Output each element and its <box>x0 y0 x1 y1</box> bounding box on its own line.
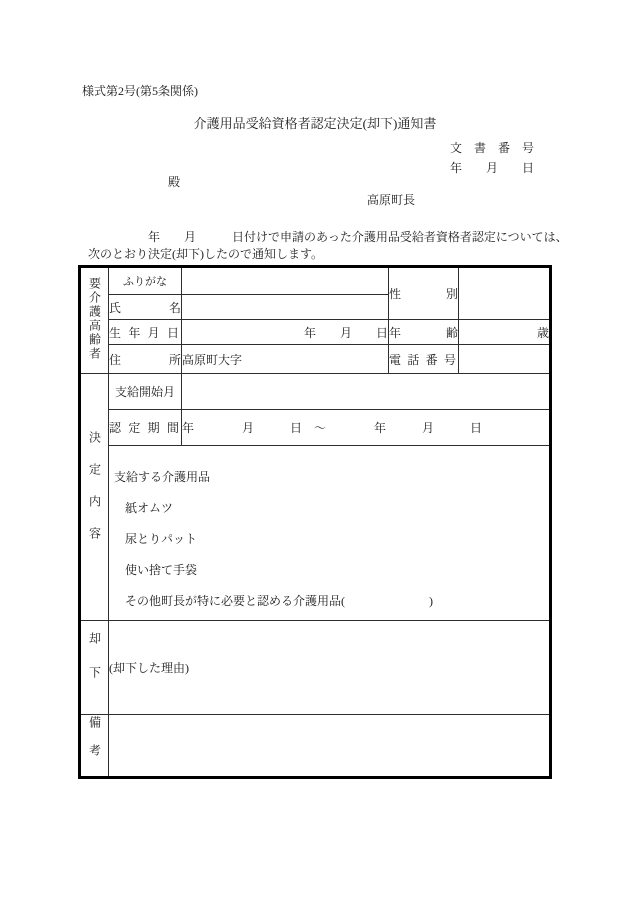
group-label-decision: 決定内容 <box>80 374 109 621</box>
age-label: 年齢 <box>389 320 459 345</box>
body-line-2: 次のとおり決定(却下)したので通知します。 <box>88 247 323 261</box>
group-label-remarks: 備考 <box>80 715 109 778</box>
start-month-value-cell <box>182 374 551 410</box>
document-page: 様式第2号(第5条関係) 介護用品受給資格者認定決定(却下)通知書 文 書 番 … <box>0 0 630 903</box>
supply-item-other: その他町長が特に必要と認める介護用品( ) <box>114 593 541 609</box>
address-value-cell: 高原町大字 <box>182 345 389 374</box>
sender-name: 高原町長 <box>367 193 415 207</box>
group-label-care-elder: 要介護高齢者 <box>80 267 109 374</box>
sex-label: 性別 <box>389 267 459 320</box>
date-blank: 年 月 日 <box>450 161 534 175</box>
body-line-1: 年 月 日付けで申請のあった介護用品受給者資格者認定については、 <box>148 230 568 244</box>
start-month-label: 支給開始月 <box>109 374 182 410</box>
supply-item-paper-diaper: 紙オムツ <box>114 500 541 516</box>
name-value-cell <box>182 295 389 320</box>
phone-value-cell <box>459 345 551 374</box>
furigana-value-cell <box>182 267 389 295</box>
birth-value-cell: 年 月 日 <box>182 320 389 345</box>
remarks-value-cell <box>109 715 551 778</box>
period-label: 認定期間 <box>109 410 182 446</box>
doc-number-label: 文 書 番 号 <box>450 141 534 155</box>
address-label: 住所 <box>109 345 182 374</box>
age-value-cell: 歳 <box>459 320 551 345</box>
birth-label: 生年月日 <box>109 320 182 345</box>
form-table: 要介護高齢者 ふりがな 性別 氏名 生年月日 年 月 日 年齢 歳 住所 高原町… <box>78 265 552 779</box>
addressee-suffix: 殿 <box>168 175 180 189</box>
supplies-cell: 支給する介護用品 紙オムツ 尿とりパット 使い捨て手袋 その他町長が特に必要と認… <box>109 446 551 621</box>
supply-item-urine-pad: 尿とりパット <box>114 531 541 547</box>
period-value-cell: 年 月 日 ～ 年 月 日 <box>182 410 551 446</box>
name-label: 氏名 <box>109 295 182 320</box>
supply-item-disposable-gloves: 使い捨て手袋 <box>114 562 541 578</box>
form-number: 様式第2号(第5条関係) <box>82 84 198 98</box>
phone-label: 電話番号 <box>389 345 459 374</box>
furigana-label: ふりがな <box>109 267 182 295</box>
sex-value-cell <box>459 267 551 320</box>
page-title: 介護用品受給資格者認定決定(却下)通知書 <box>0 117 630 131</box>
supplies-title: 支給する介護用品 <box>114 469 541 485</box>
group-label-rejection: 却下 <box>80 621 109 715</box>
rejection-reason-cell: (却下した理由) <box>109 621 551 715</box>
